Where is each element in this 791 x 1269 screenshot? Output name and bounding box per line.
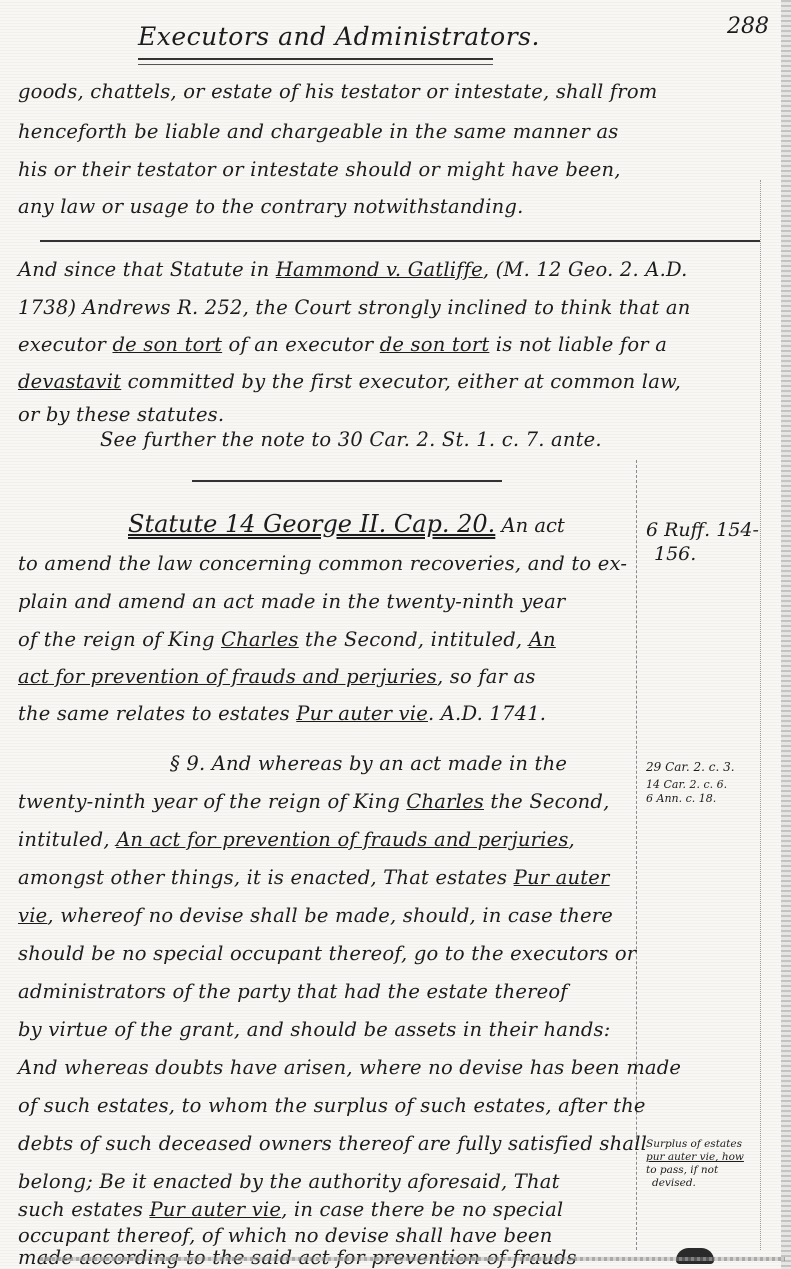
section-9-opening: § 9. And whereas by an act made in the <box>170 752 567 775</box>
text-line: or by these statutes. <box>18 403 224 426</box>
margin-note-surplus: Surplus of estates pur auter vie, how to… <box>646 1138 744 1190</box>
text-line: intituled, An act for prevention of frau… <box>18 828 575 851</box>
text-line: amongst other things, it is enacted, Tha… <box>18 866 610 889</box>
page-title: Executors and Administrators. <box>138 22 540 51</box>
king-name: Charles <box>406 790 484 813</box>
text-span: committed by the first executor, either … <box>121 370 681 393</box>
text-span: the Second, intituled, <box>299 628 529 651</box>
margin-note-line: 6 Ruff. 154- <box>646 518 759 542</box>
text-line: debts of such deceased owners thereof ar… <box>18 1132 647 1155</box>
text-line: his or their testator or intestate shoul… <box>18 158 621 181</box>
text-span: executor <box>18 333 112 356</box>
text-line: goods, chattels, or estate of his testat… <box>18 80 657 103</box>
margin-note-line: to pass, if not <box>646 1164 744 1177</box>
margin-ref: 6 Ann. c. 18. <box>646 792 735 806</box>
text-span: intituled, <box>18 828 116 851</box>
text-span: And since that Statute in <box>18 258 276 281</box>
text-span: , (M. 12 Geo. 2. A.D. <box>483 258 688 281</box>
title-underline <box>138 58 493 65</box>
text-span: of an executor <box>222 333 380 356</box>
text-line: of the reign of King Charles the Second,… <box>18 628 556 651</box>
text-span: . A.D. 1741. <box>428 702 546 725</box>
act-title: An act for prevention of frauds and perj… <box>116 828 568 851</box>
manuscript-page: Executors and Administrators. 288 goods,… <box>0 0 791 1269</box>
margin-note-line: 156. <box>646 542 759 566</box>
margin-note-line: Surplus of estates <box>646 1138 744 1151</box>
text-span: An act <box>495 514 564 537</box>
text-line: twenty-ninth year of the reign of King C… <box>18 790 610 813</box>
text-line: to amend the law concerning common recov… <box>18 552 627 575</box>
text-line: henceforth be liable and chargeable in t… <box>18 120 619 143</box>
act-title: act for prevention of frauds and perjuri… <box>18 665 437 688</box>
text-line: such estates Pur auter vie, in case ther… <box>18 1198 563 1221</box>
text-line: And whereas doubts have arisen, where no… <box>18 1056 681 1079</box>
text-line: 1738) Andrews R. 252, the Court strongly… <box>18 296 691 319</box>
statute-title: Statute 14 George II. Cap. 20. <box>128 510 495 538</box>
text-line: any law or usage to the contrary notwith… <box>18 195 524 218</box>
legal-term: vie <box>18 904 47 927</box>
text-line: occupant thereof, of which no devise sha… <box>18 1224 552 1247</box>
text-line: should be no special occupant thereof, g… <box>18 942 636 965</box>
page-bottom-edge <box>40 1257 785 1261</box>
section-divider <box>192 480 502 482</box>
text-line: executor de son tort of an executor de s… <box>18 333 667 356</box>
legal-term: de son tort <box>380 333 490 356</box>
outer-margin-rule <box>760 180 761 1250</box>
margin-note-line: devised. <box>646 1177 744 1190</box>
text-span: is not liable for a <box>489 333 667 356</box>
cross-reference: See further the note to 30 Car. 2. St. 1… <box>100 428 602 451</box>
text-line: belong; Be it enacted by the authority a… <box>18 1170 560 1193</box>
text-line: devastavit committed by the first execut… <box>18 370 681 393</box>
text-span: twenty-ninth year of the reign of King <box>18 790 406 813</box>
king-name: Charles <box>221 628 299 651</box>
legal-term: Pur auter vie <box>296 702 428 725</box>
margin-note-line: pur auter vie, how <box>646 1151 744 1164</box>
statute-heading: Statute 14 George II. Cap. 20. An act <box>128 510 565 538</box>
legal-term: Pur auter vie <box>149 1198 281 1221</box>
text-span: such estates <box>18 1198 149 1221</box>
page-number: 288 <box>727 14 769 39</box>
text-line: by virtue of the grant, and should be as… <box>18 1018 611 1041</box>
legal-term: Pur auter <box>514 866 610 889</box>
text-span: the same relates to estates <box>18 702 296 725</box>
legal-term: de son tort <box>112 333 222 356</box>
text-line: And since that Statute in Hammond v. Gat… <box>18 258 688 281</box>
page-edge-shadow <box>781 0 791 1269</box>
section-divider <box>40 240 760 242</box>
text-line: of such estates, to whom the surplus of … <box>18 1094 646 1117</box>
text-span: , so far as <box>437 665 536 688</box>
text-span: , whereof no devise shall be made, shoul… <box>47 904 613 927</box>
text-span: of the reign of King <box>18 628 221 651</box>
text-line: act for prevention of frauds and perjuri… <box>18 665 536 688</box>
text-span: amongst other things, it is enacted, Tha… <box>18 866 514 889</box>
text-span: , in case there be no special <box>281 1198 563 1221</box>
text-line: the same relates to estates Pur auter vi… <box>18 702 546 725</box>
ink-blot <box>676 1248 714 1264</box>
case-name: Hammond v. Gatliffe <box>276 258 483 281</box>
margin-refs: 29 Car. 2. c. 3. 14 Car. 2. c. 6. 6 Ann.… <box>646 760 735 806</box>
text-span: the Second, <box>484 790 610 813</box>
text-line: plain and amend an act made in the twent… <box>18 590 565 613</box>
margin-ref: 29 Car. 2. c. 3. <box>646 760 735 774</box>
text-span: , <box>569 828 575 851</box>
act-title: An <box>529 628 556 651</box>
text-line: administrators of the party that had the… <box>18 980 568 1003</box>
text-line: vie, whereof no devise shall be made, sh… <box>18 904 613 927</box>
legal-term: devastavit <box>18 370 121 393</box>
margin-note-ruffhead: 6 Ruff. 154- 156. <box>646 518 759 566</box>
margin-ref: 14 Car. 2. c. 6. <box>646 778 735 792</box>
